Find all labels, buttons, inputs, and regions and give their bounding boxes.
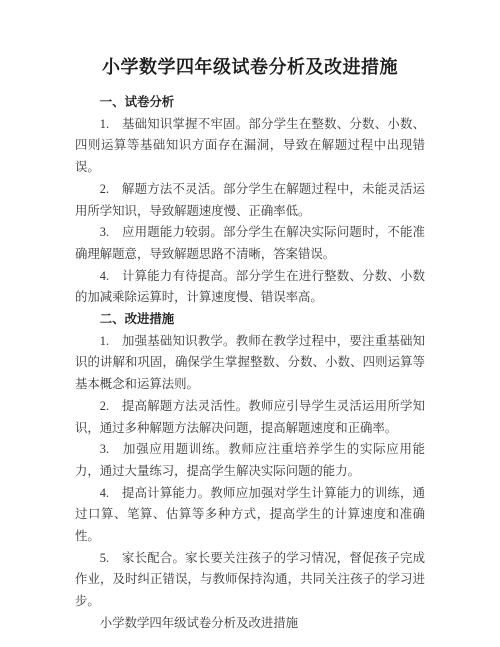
paragraph-measure-3: 3. 加强应用题训练。教师应注重培养学生的实际应用能力，通过大量练习，提高学生解… [75, 439, 425, 482]
section-heading-improvement-measures: 二、改进措施 [75, 309, 425, 331]
paragraph-measure-5: 5. 家长配合。家长要关注孩子的学习情况，督促孩子完成作业，及时纠正错误，与教师… [75, 548, 425, 613]
document-footer-title: 小学数学四年级试卷分析及改进措施 [75, 613, 425, 635]
paragraph-analysis-4: 4. 计算能力有待提高。部分学生在进行整数、分数、小数的加减乘除运算时，计算速度… [75, 266, 425, 309]
paragraph-analysis-3: 3. 应用题能力较弱。部分学生在解决实际问题时，不能准确理解题意，导致解题思路不… [75, 222, 425, 265]
paragraph-analysis-1: 1. 基础知识掌握不牢固。部分学生在整数、分数、小数、四则运算等基础知识方面存在… [75, 114, 425, 179]
document-page: 小学数学四年级试卷分析及改进措施 一、试卷分析 1. 基础知识掌握不牢固。部分学… [0, 0, 500, 647]
section-heading-exam-analysis: 一、试卷分析 [75, 92, 425, 114]
document-title: 小学数学四年级试卷分析及改进措施 [0, 55, 500, 80]
paragraph-measure-2: 2. 提高解题方法灵活性。教师应引导学生灵活运用所学知识，通过多种解题方法解决问… [75, 396, 425, 439]
paragraph-measure-1: 1. 加强基础知识教学。教师在教学过程中，要注重基础知识的讲解和巩固，确保学生掌… [75, 331, 425, 396]
document-body: 一、试卷分析 1. 基础知识掌握不牢固。部分学生在整数、分数、小数、四则运算等基… [75, 92, 425, 635]
paragraph-measure-4: 4. 提高计算能力。教师应加强对学生计算能力的训练，通过口算、笔算、估算等多种方… [75, 483, 425, 548]
paragraph-analysis-2: 2. 解题方法不灵活。部分学生在解题过程中，未能灵活运用所学知识，导致解题速度慢… [75, 179, 425, 222]
